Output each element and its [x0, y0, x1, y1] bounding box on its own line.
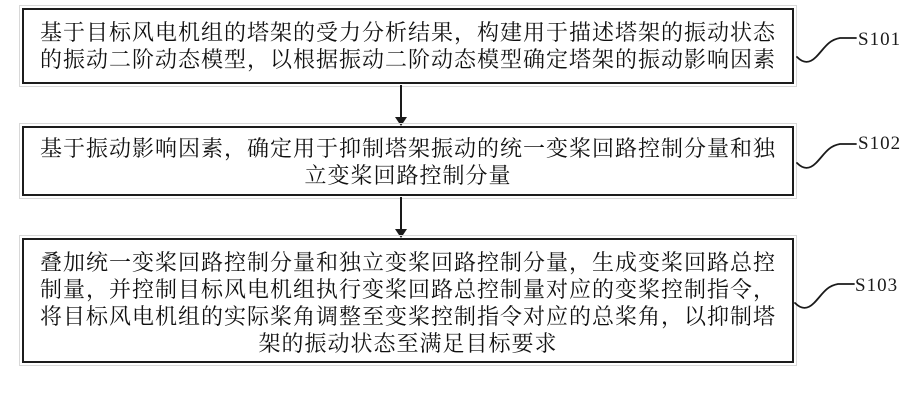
- down-arrow-2-head-icon: [395, 229, 407, 238]
- step-s103-line-2: 制量，并控制目标风电机组执行变桨回路总控制量对应的变桨控制指令，: [24, 276, 792, 303]
- step-s103-line-1: 叠加统一变桨回路控制分量和独立变桨回路控制分量，生成变桨回路总控: [24, 249, 792, 276]
- step-box-s101: 基于目标风电机组的塔架的受力分析结果，构建用于描述塔架的振动状态 的振动二阶动态…: [22, 8, 794, 84]
- squiggle-connector-s101: [796, 31, 858, 65]
- step-box-s102: 基于振动影响因素，确定用于抑制塔架振动的统一变桨回路控制分量和独 立变桨回路控制…: [22, 126, 794, 196]
- squiggle-connector-s102: [796, 137, 858, 171]
- step-label-s102: S102: [858, 134, 901, 154]
- step-s101-line-1: 基于目标风电机组的塔架的受力分析结果，构建用于描述塔架的振动状态: [24, 19, 792, 46]
- step-s101-line-2: 的振动二阶动态模型，以根据振动二阶动态模型确定塔架的振动影响因素: [24, 46, 792, 73]
- patent-flowchart: 基于目标风电机组的塔架的受力分析结果，构建用于描述塔架的振动状态 的振动二阶动态…: [0, 0, 915, 395]
- down-arrow-1-head-icon: [395, 117, 407, 126]
- down-arrow-2-shaft: [400, 197, 402, 229]
- squiggle-connector-s103: [794, 277, 856, 311]
- step-s103-line-3: 将目标风电机组的实际桨角调整至变桨控制指令对应的总桨角，以抑制塔: [24, 303, 792, 330]
- step-s102-line-2: 立变桨回路控制分量: [24, 162, 792, 189]
- step-s103-line-4: 架的振动状态至满足目标要求: [24, 330, 792, 357]
- step-s102-line-1: 基于振动影响因素，确定用于抑制塔架振动的统一变桨回路控制分量和独: [24, 135, 792, 162]
- down-arrow-2: [395, 197, 407, 238]
- down-arrow-1: [395, 85, 407, 126]
- step-label-s103: S103: [855, 276, 898, 296]
- step-label-s101: S101: [858, 30, 901, 50]
- step-box-s103: 叠加统一变桨回路控制分量和独立变桨回路控制分量，生成变桨回路总控 制量，并控制目…: [22, 238, 794, 363]
- down-arrow-1-shaft: [400, 85, 402, 117]
